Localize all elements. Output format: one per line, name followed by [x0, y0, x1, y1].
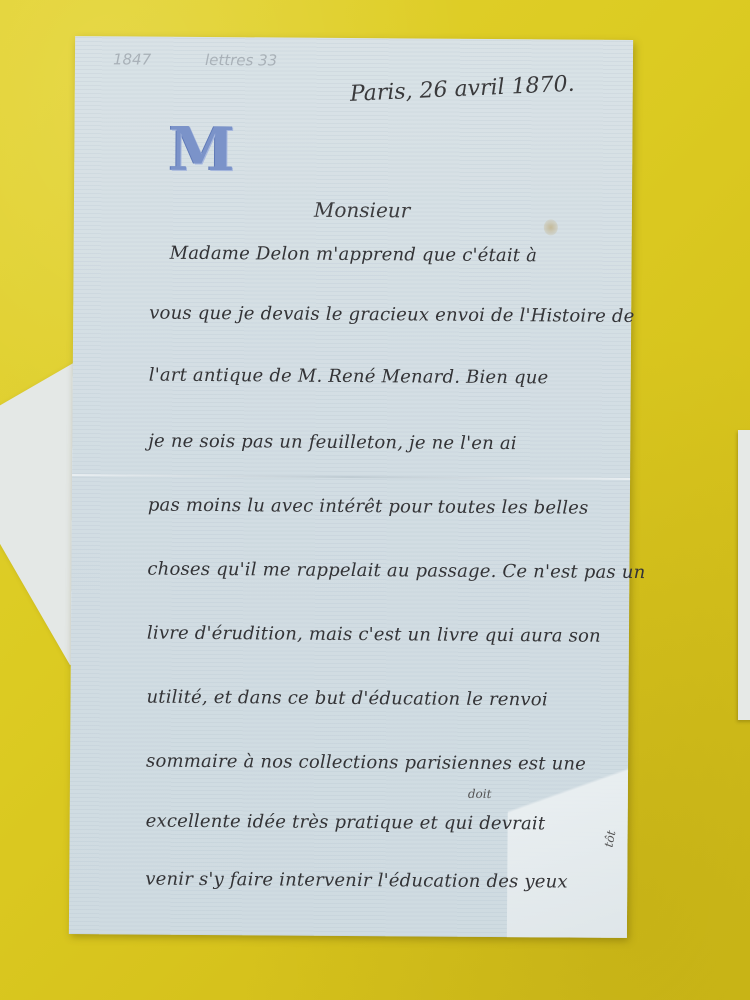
paper-stain	[544, 219, 558, 235]
letter-salutation: Monsieur	[314, 198, 411, 223]
pencil-archive-label: lettres 33	[205, 51, 277, 70]
letter-dateline: Paris, 26 avril 1870.	[349, 72, 575, 107]
letter-line: livre d'érudition, mais c'est un livre q…	[147, 623, 601, 647]
letter-line: utilité, et dans ce but d'éducation le r…	[146, 687, 547, 711]
letter-line: l'art antique de M. René Menard. Bien qu…	[149, 365, 549, 389]
interlinear-insertion: doit	[468, 787, 492, 801]
letter-sheet: 1847 lettres 33 Paris, 26 avril 1870. M …	[69, 36, 633, 938]
pencil-number: 1847	[113, 50, 151, 68]
fold-crease	[72, 474, 630, 480]
monogram-letterhead: M	[168, 119, 220, 181]
letter-line: vous que je devais le gracieux envoi de …	[149, 303, 634, 327]
letter-line: Madame Delon m'apprend que c'était à	[170, 243, 538, 267]
letter-line: venir s'y faire intervenir l'éducation d…	[145, 869, 568, 893]
letter-line: choses qu'il me rappelait au passage. Ce…	[147, 559, 645, 583]
letter-line: pas moins lu avec intérêt pour toutes le…	[148, 495, 589, 519]
adjacent-sheet-right	[738, 430, 750, 720]
letter-line: excellente idée très pratique et qui dev…	[146, 811, 546, 835]
letter-line: je ne sois pas un feuilleton, je ne l'en…	[148, 431, 517, 455]
margin-note: tôt	[602, 829, 619, 848]
letter-line: sommaire à nos collections parisiennes e…	[146, 751, 586, 775]
